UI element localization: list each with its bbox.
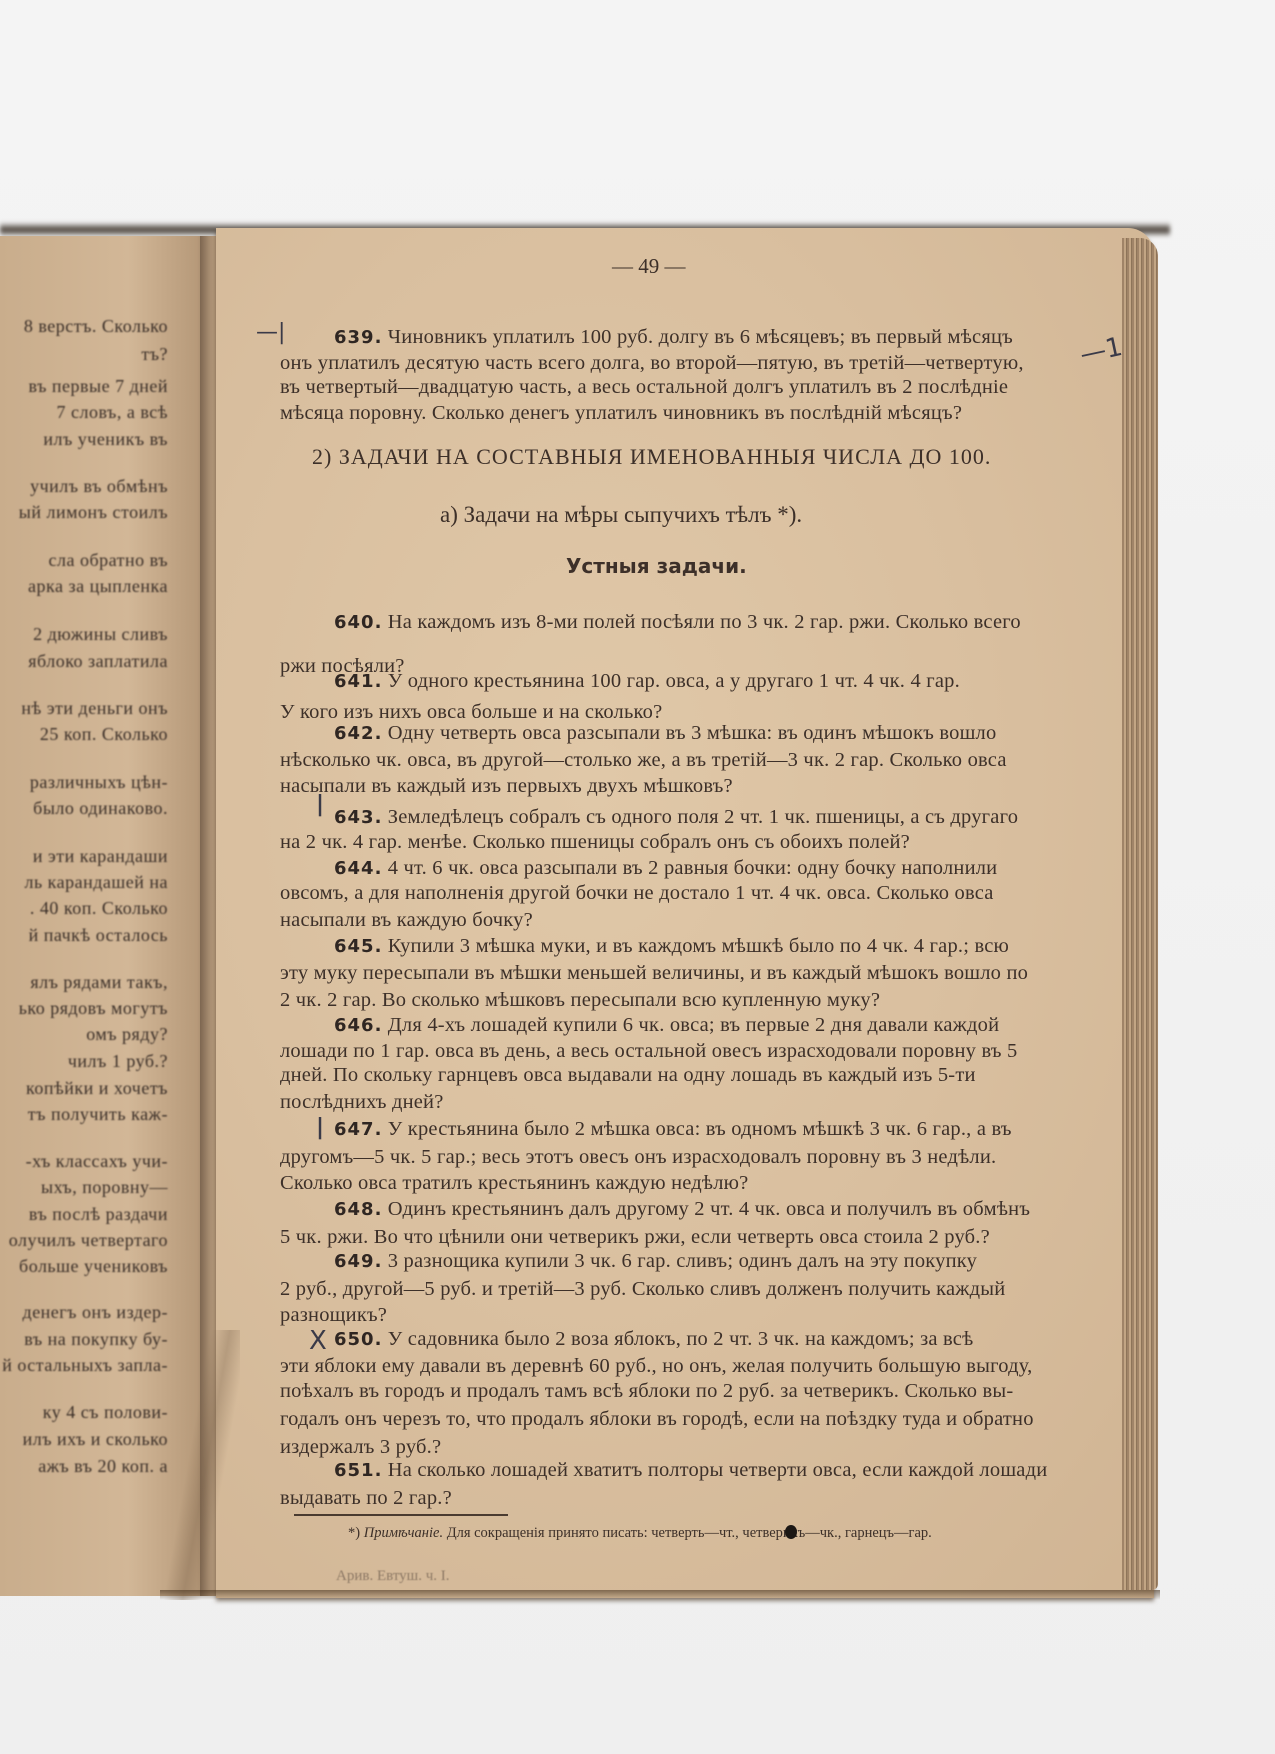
problem-line: лошади по 1 гар. овса въ день, а весь ос… xyxy=(280,1040,1017,1063)
problem-text: На сколько лошадей хватитъ полторы четве… xyxy=(388,1459,1048,1481)
problem-first-line: 639. Чиновникъ уплатилъ 100 руб. долгу в… xyxy=(334,326,1013,349)
problem-number: 645. xyxy=(334,936,382,957)
handwritten-mark-639-left: —| xyxy=(256,320,285,345)
problem-line: У кого изъ нихъ овса больше и на сколько… xyxy=(280,701,662,724)
problem-text: 2 чк. 2 гар. Во сколько мѣшковъ пересыпа… xyxy=(280,989,880,1011)
problem-text: 2 руб., другой—5 руб. и третій—3 руб. Ск… xyxy=(280,1278,1005,1300)
problem-number: 648. xyxy=(334,1199,382,1220)
problem-text: эти яблоки ему давали въ деревнѣ 60 руб.… xyxy=(280,1355,1032,1377)
problem-line: 2 руб., другой—5 руб. и третій—3 руб. Ск… xyxy=(280,1278,1005,1301)
problem-text: Одинъ крестьянинъ далъ другому 2 чт. 4 ч… xyxy=(388,1198,1030,1220)
problem-first-line: 640. На каждомъ изъ 8-ми полей посѣяли п… xyxy=(334,611,1021,634)
problem-number: 647. xyxy=(334,1119,382,1140)
section-heading: 2) ЗАДАЧИ НА СОСТАВНЫЯ ИМЕНОВАННЫЯ ЧИСЛА… xyxy=(312,444,991,470)
problem-text: У кого изъ нихъ овса больше и на сколько… xyxy=(280,701,662,723)
printer-signature: Арив. Евтуш. ч. I. xyxy=(336,1568,450,1585)
left-page-line: й остальныхъ запла- xyxy=(2,1355,168,1376)
problem-first-line: 649. 3 разнощика купили 3 чк. 6 гар. сли… xyxy=(334,1250,977,1273)
left-page-line: ько рядовъ могутъ xyxy=(19,998,168,1019)
footnote-marker: *) xyxy=(348,1525,360,1541)
subsection-heading: а) Задачи на мѣры сыпучихъ тѣлъ *). xyxy=(440,502,802,528)
problem-text: У садовника было 2 воза яблокъ, по 2 чт.… xyxy=(388,1328,974,1350)
problem-number: 643. xyxy=(334,807,382,828)
problem-text: насыпали въ каждую бочку? xyxy=(280,909,533,931)
left-page-line: арка за цыпленка xyxy=(28,576,168,597)
problem-number: 640. xyxy=(334,612,382,633)
problem-text: Земледѣлецъ собралъ съ одного поля 2 чт.… xyxy=(388,806,1018,828)
left-page-line: въ на покупку бу- xyxy=(24,1329,168,1350)
problem-number: 641. xyxy=(334,671,382,692)
handwritten-mark-643: | xyxy=(316,792,324,817)
left-page-line: и эти карандаши xyxy=(33,846,168,867)
problem-number: 646. xyxy=(334,1015,382,1036)
problem-number: 639. xyxy=(334,327,382,348)
problem-line: насыпали въ каждую бочку? xyxy=(280,909,533,932)
problem-text: 3 разнощика купили 3 чк. 6 гар. сливъ; о… xyxy=(388,1250,977,1272)
problem-line: нѣсколько чк. овса, въ другой—столько же… xyxy=(280,749,1007,772)
problem-first-line: 645. Купили 3 мѣшка муки, и въ каждомъ м… xyxy=(334,935,1009,958)
problem-number: 650. xyxy=(334,1329,382,1350)
book-bottom-shadow xyxy=(160,1590,1160,1600)
problem-first-line: 643. Земледѣлецъ собралъ съ одного поля … xyxy=(334,806,1018,829)
problem-number: 651. xyxy=(334,1460,382,1481)
problem-text: онъ уплатилъ десятую часть всего долга, … xyxy=(280,352,1024,374)
left-page-line: было одинаково. xyxy=(33,798,168,819)
problem-line: онъ уплатилъ десятую часть всего долга, … xyxy=(280,352,1024,375)
problem-first-line: 647. У крестьянина было 2 мѣшка овса: въ… xyxy=(334,1118,1012,1141)
left-page-line: въ первые 7 дней xyxy=(29,376,168,397)
problem-line: въ четвертый—двадцатую часть, а весь ост… xyxy=(280,376,1008,399)
footnote-rule xyxy=(294,1514,508,1516)
problem-text: эту муку пересыпали въ мѣшки меньшей вел… xyxy=(280,962,1028,984)
problem-line: годалъ онъ черезъ то, что продалъ яблоки… xyxy=(280,1408,1034,1431)
left-page-line: ль карандашей на xyxy=(24,872,168,893)
left-page-line: ку 4 съ полови- xyxy=(43,1402,168,1423)
problem-text: поѣхалъ въ городъ и продалъ тамъ всѣ ябл… xyxy=(280,1380,1013,1402)
problem-line: выдавать по 2 гар.? xyxy=(280,1487,452,1510)
problem-text: Сколько овса тратилъ крестьянинъ каждую … xyxy=(280,1172,748,1194)
left-page-line: ыхъ, поровну— xyxy=(41,1177,168,1198)
left-page-line: илъ ученикъ въ xyxy=(43,429,168,450)
left-page-line: илъ ихъ и сколько xyxy=(23,1429,168,1450)
problem-text: Для 4-хъ лошадей купили 6 чк. овса; въ п… xyxy=(388,1014,1000,1036)
left-page-line: больше учениковъ xyxy=(19,1256,168,1277)
problem-text: лошади по 1 гар. овса въ день, а весь ос… xyxy=(280,1040,1017,1062)
problem-line: 5 чк. ржи. Во что цѣнили они четверикъ р… xyxy=(280,1226,990,1249)
problem-line: 2 чк. 2 гар. Во сколько мѣшковъ пересыпа… xyxy=(280,989,880,1012)
problem-line: мѣсяца поровну. Сколько денегъ уплатилъ … xyxy=(280,402,962,425)
problem-number: 642. xyxy=(334,723,382,744)
torn-edge xyxy=(160,1330,240,1600)
problem-line: поѣхалъ въ городъ и продалъ тамъ всѣ ябл… xyxy=(280,1380,1013,1403)
left-page-line: олучилъ четвертаго xyxy=(9,1230,168,1251)
problem-text: выдавать по 2 гар.? xyxy=(280,1487,452,1509)
left-page-line: . 40 коп. Сколько xyxy=(30,898,168,919)
left-page-line: денегъ онъ издер- xyxy=(23,1302,168,1323)
problem-first-line: 648. Одинъ крестьянинъ далъ другому 2 чт… xyxy=(334,1198,1030,1221)
left-page-line: нѣ эти деньги онъ xyxy=(21,698,168,719)
left-page-line: яблоко заплатила xyxy=(28,651,168,672)
problem-first-line: 650. У садовника было 2 воза яблокъ, по … xyxy=(334,1328,973,1351)
left-page-line: омъ ряду? xyxy=(86,1024,168,1045)
problem-text: Одну четверть овса разсыпали въ 3 мѣшка:… xyxy=(388,722,997,744)
problem-text: дней. По скольку гарнцевъ овса выдавали … xyxy=(280,1064,976,1086)
problem-text: Купили 3 мѣшка муки, и въ каждомъ мѣшкѣ … xyxy=(388,935,1009,957)
problem-text: мѣсяца поровну. Сколько денегъ уплатилъ … xyxy=(280,402,962,424)
problem-number: 649. xyxy=(334,1251,382,1272)
problem-first-line: 651. На сколько лошадей хватитъ полторы … xyxy=(334,1459,1047,1482)
problem-text: въ четвертый—двадцатую часть, а весь ост… xyxy=(280,376,1008,398)
problem-line: другомъ—5 чк. 5 гар.; весь этотъ овесъ о… xyxy=(280,1146,996,1169)
problem-text: 4 чт. 6 чк. овса разсыпали въ 2 равныя б… xyxy=(388,857,998,879)
problem-line: эти яблоки ему давали въ деревнѣ 60 руб.… xyxy=(280,1355,1032,1378)
problem-number: 644. xyxy=(334,858,382,879)
problem-text: издержалъ 3 руб.? xyxy=(280,1436,441,1458)
problem-line: на 2 чк. 4 гар. менѣе. Сколько пшеницы с… xyxy=(280,831,910,854)
page-number: — 49 — xyxy=(612,254,686,279)
ink-blot xyxy=(785,1525,797,1539)
problem-first-line: 642. Одну четверть овса разсыпали въ 3 м… xyxy=(334,722,996,745)
left-page-line: чилъ 1 руб.? xyxy=(68,1051,168,1072)
oral-problems-heading: Устныя задачи. xyxy=(566,554,747,578)
problem-line: насыпали въ каждый изъ первыхъ двухъ мѣш… xyxy=(280,775,733,798)
handwritten-mark-650: X xyxy=(309,1326,327,1356)
problem-text: годалъ онъ черезъ то, что продалъ яблоки… xyxy=(280,1408,1034,1430)
left-page-line: ажъ въ 20 коп. а xyxy=(38,1456,168,1477)
footnote: *) Примѣчаніе. Для сокращенія принято пи… xyxy=(348,1525,932,1542)
problem-text: насыпали въ каждый изъ первыхъ двухъ мѣш… xyxy=(280,775,733,797)
problem-line: эту муку пересыпали въ мѣшки меньшей вел… xyxy=(280,962,1028,985)
problem-text: На каждомъ изъ 8-ми полей посѣяли по 3 ч… xyxy=(388,611,1021,633)
problem-text: нѣсколько чк. овса, въ другой—столько же… xyxy=(280,749,1007,771)
left-page-line: ялъ рядами такъ, xyxy=(30,972,168,993)
problem-text: другомъ—5 чк. 5 гар.; весь этотъ овесъ о… xyxy=(280,1146,996,1168)
problem-text: У одного крестьянина 100 гар. овса, а у … xyxy=(388,670,960,692)
footnote-label: Примѣчаніе. xyxy=(364,1525,443,1541)
left-page-line: й пачкѣ осталось xyxy=(29,925,168,946)
problem-text: У крестьянина было 2 мѣшка овса: въ одно… xyxy=(388,1118,1012,1140)
handwritten-mark-647: | xyxy=(316,1115,324,1140)
left-page-line: ый лимонъ стоилъ xyxy=(19,502,168,523)
left-page-line: различныхъ цѣн- xyxy=(30,772,168,793)
left-page-line: тъ получить каж- xyxy=(28,1104,168,1125)
left-page-line: училъ въ обмѣнъ xyxy=(30,476,168,497)
problem-line: дней. По скольку гарнцевъ овса выдавали … xyxy=(280,1064,976,1087)
footnote-text: Для сокращенія принято писать: четверть—… xyxy=(447,1525,932,1541)
page-edges xyxy=(1122,238,1158,1590)
problem-line: послѣднихъ дней? xyxy=(280,1091,444,1114)
problem-text: на 2 чк. 4 гар. менѣе. Сколько пшеницы с… xyxy=(280,831,910,853)
problem-first-line: 644. 4 чт. 6 чк. овса разсыпали въ 2 рав… xyxy=(334,857,997,880)
problem-text: послѣднихъ дней? xyxy=(280,1091,444,1113)
problem-first-line: 646. Для 4-хъ лошадей купили 6 чк. овса;… xyxy=(334,1014,999,1037)
problem-line: овсомъ, а для наполненія другой бочки не… xyxy=(280,882,994,905)
problem-text: овсомъ, а для наполненія другой бочки не… xyxy=(280,882,994,904)
problem-text: разнощикъ? xyxy=(280,1304,387,1326)
problem-text: 5 чк. ржи. Во что цѣнили они четверикъ р… xyxy=(280,1226,990,1248)
left-page-line: сла обратно въ xyxy=(49,550,169,571)
left-page-line: тъ? xyxy=(141,344,168,365)
left-page-line: 25 коп. Сколько xyxy=(40,724,168,745)
problem-text: Чиновникъ уплатилъ 100 руб. долгу въ 6 м… xyxy=(388,326,1013,348)
problem-line: Сколько овса тратилъ крестьянинъ каждую … xyxy=(280,1172,748,1195)
problem-line: разнощикъ? xyxy=(280,1304,387,1327)
problem-line: издержалъ 3 руб.? xyxy=(280,1436,441,1459)
left-page-line: 2 дюжины сливъ xyxy=(33,624,168,645)
left-page-line: въ послѣ раздачи xyxy=(29,1204,168,1225)
left-page-line: копѣйки и хочетъ xyxy=(26,1078,168,1099)
left-page-line: 8 верстъ. Сколько xyxy=(24,316,168,337)
problem-first-line: 641. У одного крестьянина 100 гар. овса,… xyxy=(334,670,960,693)
left-page-line: -хъ классахъ учи- xyxy=(26,1151,168,1172)
left-page-line: 7 словъ, а всѣ xyxy=(57,402,168,423)
